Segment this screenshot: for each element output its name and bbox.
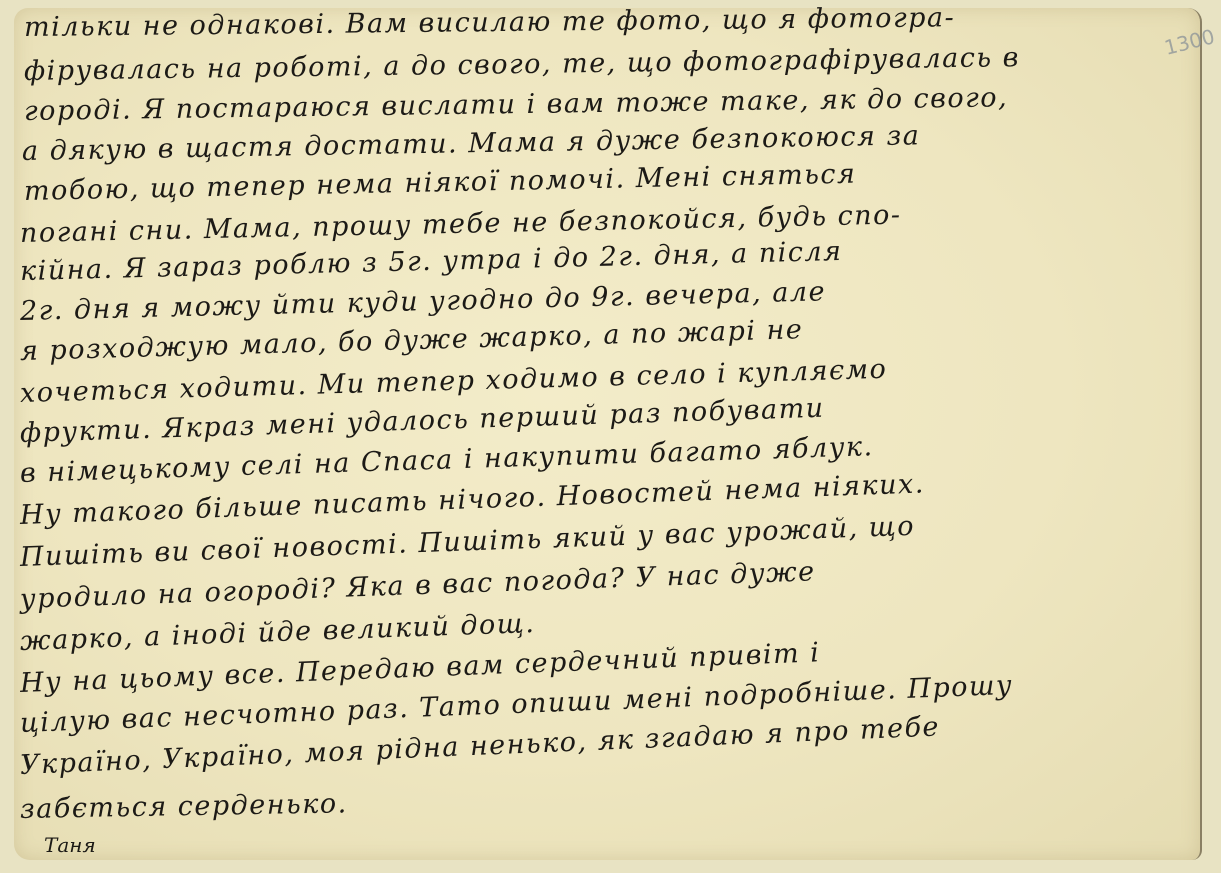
letter-line-16: жарко, а іноді йде великий дощ. — [19, 608, 535, 657]
letter-line-1: тільки не однакові. Вам висилаю те фото,… — [24, 2, 955, 43]
letter-line-3: городі. Я постараюся вислати і вам тоже … — [24, 82, 1009, 127]
archive-stamp: 1300 — [1162, 24, 1217, 60]
letter-line-20: забється серденько. — [20, 788, 348, 825]
letter-paper: 1300 тільки не однакові. Вам висилаю те … — [14, 8, 1202, 860]
signature: Таня — [44, 833, 96, 857]
letter-line-5: тобою, що тепер нема ніякої помочі. Мені… — [24, 159, 857, 207]
letter-scan: 1300 тільки не однакові. Вам висилаю те … — [0, 0, 1221, 873]
letter-line-2: фірувалась на роботі, а до свого, те, що… — [24, 42, 1020, 87]
